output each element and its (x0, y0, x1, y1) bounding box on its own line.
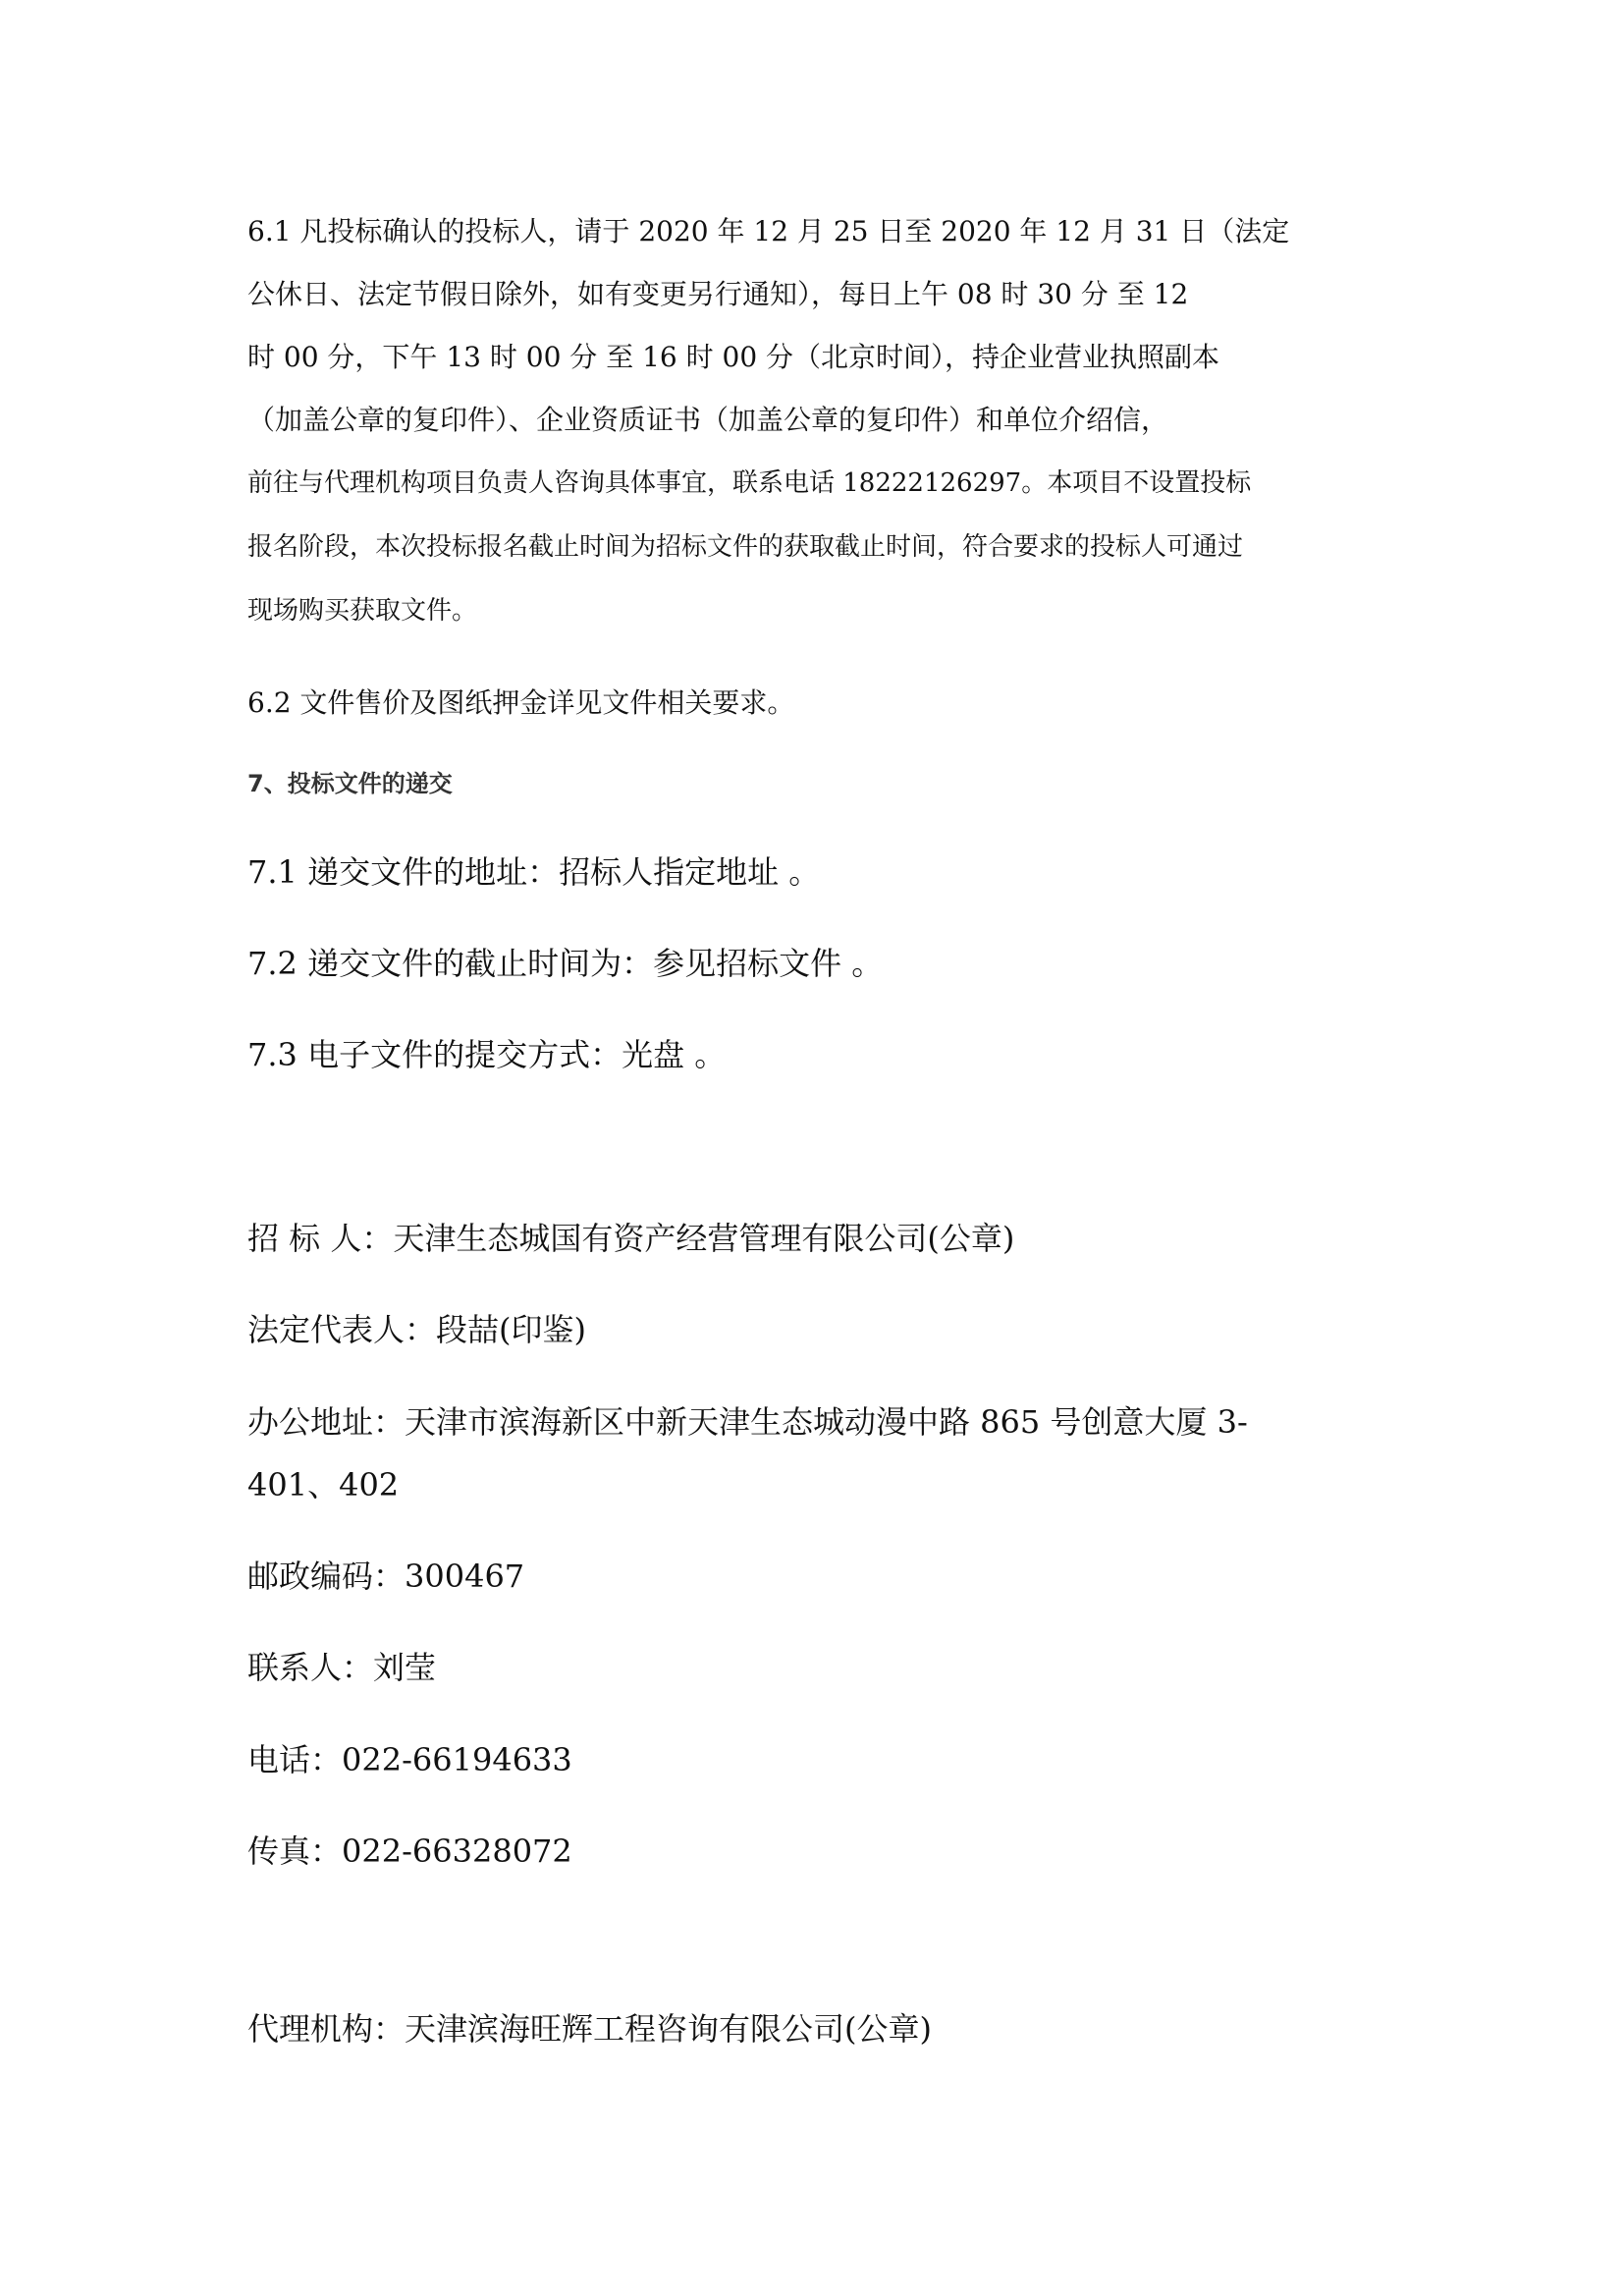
paragraph-7-2: 7.2 递交文件的截止时间为：参见招标文件 。 (247, 948, 883, 979)
paragraph-line: 公休日、法定节假日除外，如有变更另行通知），每日上午 08 时 30 分 至 1… (247, 281, 1188, 308)
paragraph-6-2: 6.2 文件售价及图纸押金详见文件相关要求。 (247, 689, 794, 717)
paragraph-line: 前往与代理机构项目负责人咨询具体事宜，联系电话 18222126297。本项目不… (247, 470, 1251, 496)
paragraph-line: （加盖公章的复印件）、企业资质证书（加盖公章的复印件）和单位介绍信， (247, 407, 1168, 434)
tenderer-name: 招 标 人：天津生态城国有资产经营管理有限公司(公章) (247, 1223, 1014, 1254)
paragraph-line: 报名阶段，本次投标报名截止时间为招标文件的获取截止时间，符合要求的投标人可通过 (247, 534, 1243, 560)
paragraph-7-1: 7.1 递交文件的地址：招标人指定地址 。 (247, 856, 820, 888)
office-address-line-1: 办公地址：天津市滨海新区中新天津生态城动漫中路 865 号创意大厦 3- (247, 1406, 1248, 1438)
paragraph-line: 6.1 凡投标确认的投标人，请于 2020 年 12 月 25 日至 2020 … (247, 218, 1289, 246)
section-7-heading: 7、投标文件的递交 (247, 772, 453, 795)
phone-number: 电话：022-66194633 (247, 1744, 572, 1776)
contact-person: 联系人：刘莹 (247, 1652, 436, 1683)
agency-name: 代理机构：天津滨海旺辉工程咨询有限公司(公章) (247, 2013, 932, 2045)
legal-representative: 法定代表人：段喆(印鉴) (247, 1314, 586, 1345)
office-address-line-2: 401、402 (247, 1469, 399, 1501)
document-page: 6.1 凡投标确认的投标人，请于 2020 年 12 月 25 日至 2020 … (0, 0, 1623, 2296)
paragraph-7-3: 7.3 电子文件的提交方式：光盘 。 (247, 1039, 726, 1070)
postcode: 邮政编码：300467 (247, 1560, 524, 1592)
paragraph-line: 时 00 分，下午 13 时 00 分 至 16 时 00 分（北京时间），持企… (247, 344, 1219, 371)
paragraph-line: 现场购买获取文件。 (247, 598, 477, 624)
fax-number: 传真：022-66328072 (247, 1835, 572, 1867)
